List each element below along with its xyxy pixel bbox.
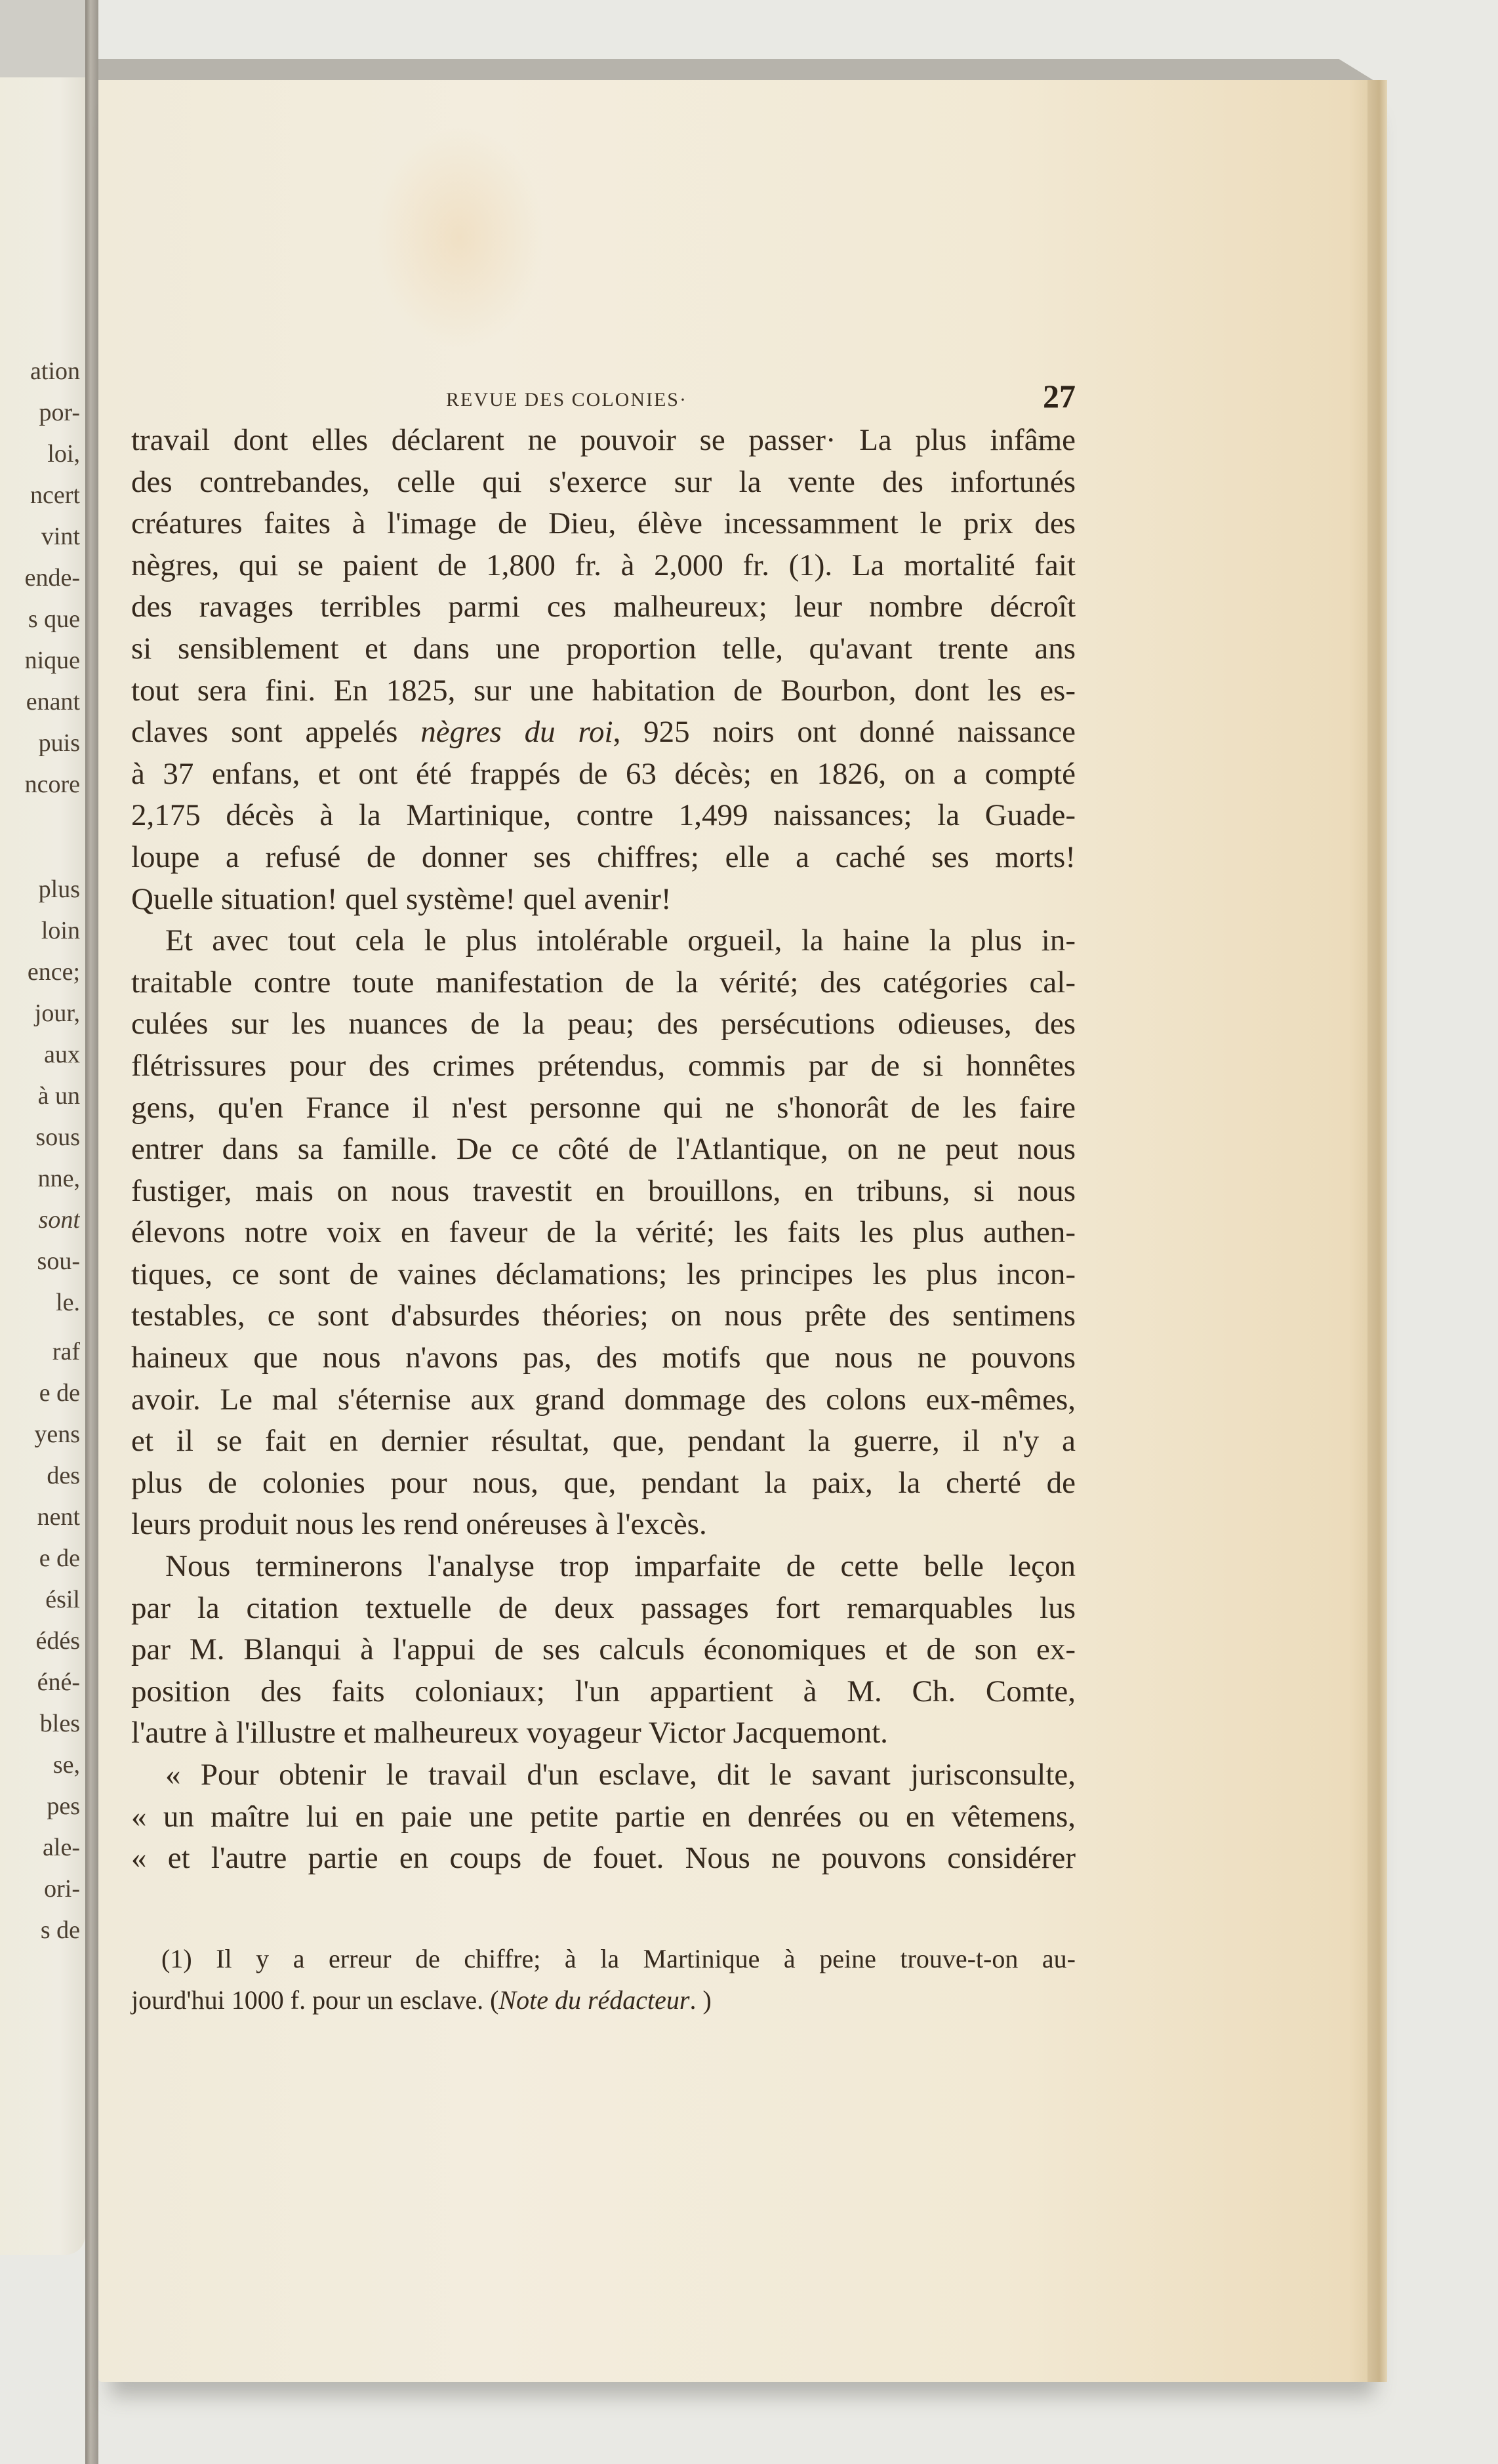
left-page-fragment-text: vint (0, 516, 80, 557)
left-page-fragment-text: ende- (0, 557, 80, 598)
text-line: l'autre à l'illustre et malheureux voyag… (131, 1712, 1076, 1754)
left-page-fragment: ationpor-loi,ncertvintende-s queniqueena… (0, 77, 85, 2255)
text-line: position des faits coloniaux; l'un appar… (131, 1671, 1076, 1713)
text-line: flétrissures pour des crimes prétendus, … (131, 1045, 1076, 1087)
left-page-fragment-text: ale- (0, 1827, 80, 1868)
left-page-fragment-text: raf (0, 1331, 80, 1372)
left-page-fragment-text: pes (0, 1786, 80, 1827)
left-page-fragment-text: s que (0, 599, 80, 639)
text-line: haineux que nous n'avons pas, des motifs… (131, 1337, 1076, 1379)
text-line: par M. Blanqui à l'appui de ses calculs … (131, 1629, 1076, 1671)
left-page-fragment-text: ncert (0, 475, 80, 515)
left-page-fragment-text: éné- (0, 1662, 80, 1703)
body-text: travail dont elles déclarent ne pouvoir … (131, 420, 1076, 1880)
left-page-fragment-text: ori- (0, 1868, 80, 1909)
page-top-edge (98, 59, 1377, 83)
text-line: par la citation textuelle de deux passag… (131, 1588, 1076, 1630)
left-page-fragment-text: nne, (0, 1158, 80, 1199)
paper-stain (374, 126, 544, 349)
left-page-fragment-text: puis (0, 723, 80, 763)
text-line: Quelle situation! quel système! quel ave… (131, 879, 1076, 921)
left-page-fragment-text: loi, (0, 434, 80, 474)
left-page-fragment-text: des (0, 1455, 80, 1496)
text-line: travail dont elles déclarent ne pouvoir … (131, 420, 1076, 462)
text-line: loupe a refusé de donner ses chiffres; e… (131, 837, 1076, 879)
text-line: « et l'autre partie en coups de fouet. N… (131, 1838, 1076, 1880)
page-fore-edge (1367, 80, 1387, 2382)
left-page-fragment-text: nent (0, 1497, 80, 1537)
text-line: tout sera fini. En 1825, sur une habitat… (131, 670, 1076, 712)
footnote-text: . ) (689, 1985, 711, 2015)
book-gutter (85, 0, 98, 2464)
text-line: fustiger, mais on nous travestit en brou… (131, 1171, 1076, 1213)
text-line: tiques, ce sont de vaines déclamations; … (131, 1254, 1076, 1296)
text-line: Et avec tout cela le plus intolérable or… (131, 920, 1076, 962)
running-header: REVUE DES COLONIES· 27 (131, 377, 1076, 416)
text-line: claves sont appelés nègres du roi, 925 n… (131, 712, 1076, 754)
page-number: 27 (1043, 377, 1076, 415)
italic-phrase: nègres du roi (420, 715, 613, 749)
left-page-fragment-text: se, (0, 1745, 80, 1785)
left-page-fragment-text: le. (0, 1282, 80, 1323)
left-page-fragment-text: plus (0, 869, 80, 910)
left-page-fragment-text: édés (0, 1621, 80, 1661)
left-page-fragment-text: jour, (0, 993, 80, 1034)
text-line: à 37 enfans, et ont été frappés de 63 dé… (131, 754, 1076, 796)
left-page-fragment-text: ésil (0, 1579, 80, 1620)
left-page-fragment-text: ence; (0, 952, 80, 992)
text-line: culées sur les nuances de la peau; des p… (131, 1003, 1076, 1045)
text-line: « un maître lui en paie une petite parti… (131, 1796, 1076, 1838)
text-line: des contrebandes, celle qui s'exerce sur… (131, 462, 1076, 504)
left-page-fragment-text: e de (0, 1538, 80, 1579)
left-page-fragment-text: ncore (0, 764, 80, 805)
left-page-fragment-text: loin (0, 910, 80, 951)
text-line: gens, qu'en France il n'est personne qui… (131, 1087, 1076, 1129)
text-line: traitable contre toute manifestation de … (131, 962, 1076, 1004)
left-page-fragment-text: aux (0, 1034, 80, 1075)
background-top-left (0, 0, 98, 77)
left-page-fragment-text: yens (0, 1414, 80, 1455)
text-line: nègres, qui se paient de 1,800 fr. à 2,0… (131, 545, 1076, 587)
footnote-text: jourd'hui 1000 f. pour un esclave. ( (131, 1985, 498, 2015)
text-line: entrer dans sa famille. De ce côté de l'… (131, 1129, 1076, 1171)
text-line: des ravages terribles parmi ces malheure… (131, 586, 1076, 628)
left-page-fragment-text: sou- (0, 1241, 80, 1282)
text-line: avoir. Le mal s'éternise aux grand domma… (131, 1379, 1076, 1421)
text-line: créatures faites à l'image de Dieu, élèv… (131, 503, 1076, 545)
footnote-line: jourd'hui 1000 f. pour un esclave. (Note… (131, 1979, 1076, 2021)
left-page-fragment-text: nique (0, 640, 80, 681)
left-page-fragment-text: e de (0, 1373, 80, 1413)
left-page-fragment-text: à un (0, 1076, 80, 1116)
left-page-fragment-text: enant (0, 681, 80, 722)
running-title: REVUE DES COLONIES· (446, 389, 687, 411)
text-line: testables, ce sont d'absurdes théories; … (131, 1295, 1076, 1337)
text-line: si sensiblement et dans une proportion t… (131, 628, 1076, 670)
left-page-fragment-text: por- (0, 392, 80, 433)
footnote-line: (1) Il y a erreur de chiffre; à la Marti… (131, 1938, 1076, 1979)
text-line: 2,175 décès à la Martinique, contre 1,49… (131, 795, 1076, 837)
left-page-fragment-text: sous (0, 1117, 80, 1158)
text-line: élevons notre voix en faveur de la vérit… (131, 1212, 1076, 1254)
text-line: leurs produit nous les rend onéreuses à … (131, 1504, 1076, 1546)
footnote-attribution: Note du rédacteur (498, 1985, 689, 2015)
left-page-fragment-text: s de (0, 1910, 80, 1950)
text-line: plus de colonies pour nous, que, pendant… (131, 1463, 1076, 1505)
text-line: « Pour obtenir le travail d'un esclave, … (131, 1754, 1076, 1796)
left-page-fragment-text: sont (0, 1200, 80, 1240)
text-line: et il se fait en dernier résultat, que, … (131, 1421, 1076, 1463)
footnote: (1) Il y a erreur de chiffre; à la Marti… (131, 1938, 1076, 2021)
left-page-fragment-text: bles (0, 1703, 80, 1744)
text-line: Nous terminerons l'analyse trop imparfai… (131, 1546, 1076, 1588)
left-page-fragment-text: ation (0, 351, 80, 392)
